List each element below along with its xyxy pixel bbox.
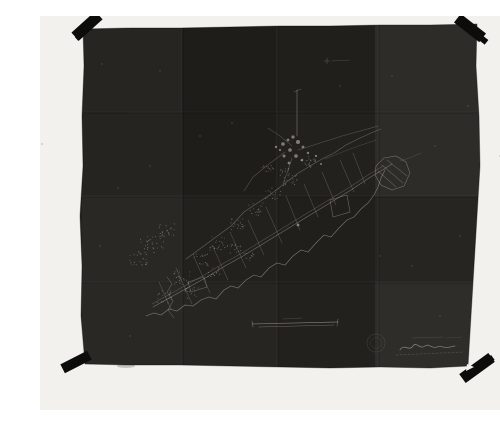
vegetation-stipple <box>153 247 154 248</box>
vegetation-stipple <box>134 264 135 265</box>
vegetation-stipple <box>142 264 143 265</box>
vegetation-stipple <box>194 287 195 288</box>
vegetation-stipple <box>246 258 247 259</box>
vegetation-stipple <box>274 199 275 200</box>
vegetation-stipple <box>230 252 231 253</box>
vegetation-stipple <box>162 232 163 233</box>
vegetation-stipple <box>159 225 160 226</box>
vegetation-stipple <box>140 261 141 262</box>
vegetation-stipple <box>270 170 271 171</box>
vegetation-stipple <box>200 256 201 257</box>
fold-panel <box>375 196 480 282</box>
vegetation-stipple <box>205 254 206 255</box>
vegetation-stipple <box>209 247 210 248</box>
vegetation-stipple <box>183 278 184 279</box>
vegetation-stipple <box>233 226 234 227</box>
vegetation-stipple <box>147 249 148 250</box>
vegetation-stipple <box>213 246 214 247</box>
vegetation-stipple <box>237 228 238 229</box>
vegetation-stipple <box>271 165 272 166</box>
vegetation-stipple <box>242 219 243 220</box>
vegetation-stipple <box>187 291 188 292</box>
vegetation-stipple <box>309 163 310 164</box>
vegetation-stipple <box>160 224 161 225</box>
vegetation-stipple <box>281 169 282 170</box>
vegetation-stipple <box>191 293 192 294</box>
vegetation-stipple <box>238 225 239 226</box>
vegetation-stipple <box>162 290 163 291</box>
vegetation-stipple <box>238 220 239 221</box>
photo-speck <box>117 187 118 188</box>
vegetation-stipple <box>253 254 254 255</box>
vegetation-stipple <box>176 282 177 283</box>
vegetation-stipple <box>259 211 260 212</box>
fold-panel <box>277 24 375 112</box>
vegetation-stipple <box>296 175 297 176</box>
vegetation-stipple <box>144 248 145 249</box>
vegetation-stipple <box>208 272 209 273</box>
vegetation-stipple <box>268 190 269 191</box>
vegetation-stipple <box>152 244 153 245</box>
vegetation-stipple <box>168 232 169 233</box>
vegetation-stipple <box>169 294 170 295</box>
vegetation-stipple <box>262 206 263 207</box>
settlement-dot <box>288 148 292 152</box>
vegetation-stipple <box>241 226 242 227</box>
vegetation-stipple <box>240 245 241 246</box>
vegetation-stipple <box>145 264 146 265</box>
vegetation-stipple <box>166 299 167 300</box>
photo-speck <box>339 85 340 86</box>
vegetation-stipple <box>159 227 160 228</box>
vegetation-stipple <box>221 241 222 242</box>
vegetation-stipple <box>163 301 164 302</box>
vegetation-stipple <box>166 225 167 226</box>
vegetation-stipple <box>289 180 290 181</box>
vegetation-stipple <box>260 206 261 207</box>
vegetation-stipple <box>268 166 269 167</box>
vegetation-stipple <box>179 272 180 273</box>
vegetation-stipple <box>180 278 181 279</box>
settlement-dot <box>296 140 300 144</box>
vegetation-stipple <box>194 256 195 257</box>
vegetation-stipple <box>147 236 148 237</box>
vegetation-stipple <box>167 230 168 231</box>
vegetation-stipple <box>210 246 211 247</box>
vegetation-stipple <box>136 264 137 265</box>
vegetation-stipple <box>251 213 252 214</box>
settlement-dot <box>315 155 317 157</box>
vegetation-stipple <box>161 235 162 236</box>
vegetation-stipple <box>185 289 186 290</box>
vegetation-stipple <box>242 224 243 225</box>
vegetation-stipple <box>205 262 206 263</box>
vegetation-stipple <box>145 259 146 260</box>
vegetation-stipple <box>169 294 170 295</box>
vegetation-stipple <box>251 255 252 256</box>
vegetation-stipple <box>250 210 251 211</box>
vegetation-stipple <box>203 263 204 264</box>
vegetation-stipple <box>159 293 160 294</box>
vegetation-stipple <box>242 226 243 227</box>
vegetation-stipple <box>289 173 290 174</box>
vegetation-stipple <box>206 263 207 264</box>
vegetation-stipple <box>288 169 289 170</box>
vegetation-stipple <box>272 198 273 199</box>
vegetation-stipple <box>131 264 132 265</box>
vegetation-stipple <box>157 298 158 299</box>
settlement-dot <box>287 139 290 142</box>
vegetation-stipple <box>165 293 166 294</box>
vegetation-stipple <box>157 248 158 249</box>
vegetation-stipple <box>223 245 224 246</box>
vegetation-stipple <box>273 168 274 169</box>
vegetation-stipple <box>179 283 180 284</box>
vegetation-stipple <box>176 277 177 278</box>
vegetation-stipple <box>234 249 235 250</box>
vegetation-stipple <box>160 233 161 234</box>
vegetation-stipple <box>266 171 267 172</box>
settlement-dot <box>307 152 309 154</box>
vegetation-stipple <box>273 194 274 195</box>
vegetation-stipple <box>257 209 258 210</box>
fold-panel <box>277 196 375 282</box>
photo-speck <box>99 245 100 246</box>
vegetation-stipple <box>282 171 283 172</box>
photo-speck <box>101 63 102 64</box>
archival-map-photograph <box>40 16 500 410</box>
settlement-dot <box>302 146 305 149</box>
vegetation-stipple <box>267 197 268 198</box>
vegetation-stipple <box>221 237 222 238</box>
vegetation-stipple <box>275 192 276 193</box>
vegetation-stipple <box>170 290 171 291</box>
vegetation-stipple <box>208 276 209 277</box>
vegetation-stipple <box>242 228 243 229</box>
fold-panel <box>375 282 480 368</box>
vegetation-stipple <box>153 248 154 249</box>
vegetation-stipple <box>212 236 213 237</box>
vegetation-stipple <box>284 181 285 182</box>
background-speck <box>41 143 43 145</box>
vegetation-stipple <box>187 298 188 299</box>
photo-speck <box>439 315 440 316</box>
vegetation-stipple <box>157 302 158 303</box>
vegetation-stipple <box>159 236 160 237</box>
vegetation-stipple <box>210 276 211 277</box>
settlement-dot <box>279 149 281 151</box>
vegetation-stipple <box>220 249 221 250</box>
vegetation-stipple <box>147 244 148 245</box>
vegetation-stipple <box>252 253 253 254</box>
vegetation-stipple <box>219 245 220 246</box>
vegetation-stipple <box>207 264 208 265</box>
vegetation-stipple <box>208 265 209 266</box>
vegetation-stipple <box>217 248 218 249</box>
fold-panel <box>375 24 480 196</box>
vegetation-stipple <box>252 256 253 257</box>
vegetation-stipple <box>269 168 270 169</box>
vegetation-stipple <box>256 211 257 212</box>
vegetation-stipple <box>240 222 241 223</box>
vegetation-stipple <box>148 240 149 241</box>
vegetation-stipple <box>186 288 187 289</box>
vegetation-stipple <box>174 273 175 274</box>
vegetation-stipple <box>146 254 147 255</box>
vegetation-stipple <box>256 214 257 215</box>
vegetation-stipple <box>236 252 237 253</box>
vegetation-stipple <box>200 264 201 265</box>
vegetation-stipple <box>296 179 297 180</box>
vegetation-stipple <box>186 280 187 281</box>
vegetation-stipple <box>258 209 259 210</box>
vegetation-stipple <box>270 191 271 192</box>
vegetation-stipple <box>286 180 287 181</box>
vegetation-stipple <box>235 245 236 246</box>
vegetation-stipple <box>162 231 163 232</box>
vegetation-stipple <box>308 158 309 159</box>
vegetation-stipple <box>259 212 260 213</box>
vegetation-stipple <box>183 279 184 280</box>
vegetation-stipple <box>265 198 266 199</box>
vegetation-stipple <box>162 234 163 235</box>
fold-panel <box>82 112 182 196</box>
vegetation-stipple <box>315 161 316 162</box>
vegetation-stipple <box>244 253 245 254</box>
vegetation-stipple <box>218 271 219 272</box>
vegetation-stipple <box>214 275 215 276</box>
vegetation-stipple <box>190 290 191 291</box>
vegetation-stipple <box>137 255 138 256</box>
vegetation-stipple <box>167 302 168 303</box>
fold-panel <box>82 24 182 112</box>
vegetation-stipple <box>307 160 308 161</box>
vegetation-stipple <box>196 253 197 254</box>
settlement-dot <box>275 146 277 148</box>
fold-panel <box>182 282 277 368</box>
vegetation-stipple <box>268 168 269 169</box>
vegetation-stipple <box>258 215 259 216</box>
vegetation-stipple <box>310 160 311 161</box>
vegetation-stipple <box>147 241 148 242</box>
vegetation-stipple <box>133 254 134 255</box>
vegetation-stipple <box>212 273 213 274</box>
vegetation-stipple <box>163 236 164 237</box>
photo-speck <box>231 122 232 123</box>
vegetation-stipple <box>153 252 154 253</box>
settlement-dot <box>283 155 286 158</box>
vegetation-stipple <box>262 203 263 204</box>
vegetation-stipple <box>240 250 241 251</box>
vegetation-stipple <box>194 294 195 295</box>
vegetation-stipple <box>218 267 219 268</box>
vegetation-stipple <box>292 179 293 180</box>
vegetation-stipple <box>157 294 158 295</box>
photo-speck <box>411 265 412 266</box>
vegetation-stipple <box>231 219 232 220</box>
vegetation-stipple <box>160 238 161 239</box>
vegetation-stipple <box>162 247 163 248</box>
vegetation-stipple <box>138 252 139 253</box>
vegetation-stipple <box>146 241 147 242</box>
vegetation-stipple <box>237 246 238 247</box>
vegetation-stipple <box>198 288 199 289</box>
vegetation-stipple <box>250 257 251 258</box>
vegetation-stipple <box>171 228 172 229</box>
vegetation-stipple <box>201 255 202 256</box>
settlement-dot <box>281 142 285 146</box>
vegetation-stipple <box>196 256 197 257</box>
vegetation-stipple <box>174 229 175 230</box>
vegetation-stipple <box>147 262 148 263</box>
vegetation-stipple <box>231 244 232 245</box>
vegetation-stipple <box>224 247 225 248</box>
vegetation-stipple <box>147 247 148 248</box>
vegetation-stipple <box>145 245 146 246</box>
vegetation-stipple <box>227 245 228 246</box>
photo-speck <box>129 335 130 336</box>
vegetation-stipple <box>163 241 164 242</box>
vegetation-stipple <box>187 282 188 283</box>
vegetation-stipple <box>293 181 294 182</box>
vegetation-stipple <box>129 260 130 261</box>
vegetation-stipple <box>237 224 238 225</box>
vegetation-stipple <box>222 242 223 243</box>
photo-speck <box>391 75 392 76</box>
vegetation-stipple <box>230 222 231 223</box>
vegetation-stipple <box>175 271 176 272</box>
vegetation-stipple <box>162 295 163 296</box>
vegetation-stipple <box>295 176 296 177</box>
vegetation-stipple <box>243 225 244 226</box>
vegetation-stipple <box>308 164 309 165</box>
vegetation-stipple <box>170 292 171 293</box>
settlement-dot <box>294 154 298 158</box>
vegetation-stipple <box>185 291 186 292</box>
vegetation-stipple <box>269 195 270 196</box>
vegetation-stipple <box>214 248 215 249</box>
vegetation-stipple <box>282 172 283 173</box>
vegetation-stipple <box>266 166 267 167</box>
vegetation-stipple <box>258 211 259 212</box>
vegetation-stipple <box>274 197 275 198</box>
vegetation-stipple <box>130 262 131 263</box>
vegetation-stipple <box>155 236 156 237</box>
vegetation-stipple <box>275 194 276 195</box>
vegetation-stipple <box>292 183 293 184</box>
settlement-dot <box>288 162 291 165</box>
map-photo-canvas <box>40 16 500 410</box>
vegetation-stipple <box>138 251 139 252</box>
vegetation-stipple <box>252 203 253 204</box>
settlement-dot <box>291 135 294 138</box>
vegetation-stipple <box>173 235 174 236</box>
vegetation-stipple <box>218 268 219 269</box>
vegetation-stipple <box>204 255 205 256</box>
photo-speck <box>159 70 160 71</box>
vegetation-stipple <box>278 188 279 189</box>
vegetation-stipple <box>306 165 307 166</box>
vegetation-stipple <box>178 276 179 277</box>
vegetation-stipple <box>296 180 297 181</box>
vegetation-stipple <box>246 253 247 254</box>
vegetation-stipple <box>279 194 280 195</box>
vegetation-stipple <box>284 177 285 178</box>
settlement-dot <box>301 159 304 162</box>
vegetation-stipple <box>280 175 281 176</box>
vegetation-stipple <box>150 239 151 240</box>
vegetation-stipple <box>262 167 263 168</box>
vegetation-stipple <box>206 265 207 266</box>
vegetation-stipple <box>315 159 316 160</box>
vegetation-stipple <box>213 274 214 275</box>
vegetation-stipple <box>189 271 190 272</box>
photo-speck <box>149 165 150 166</box>
vegetation-stipple <box>171 299 172 300</box>
vegetation-stipple <box>272 167 273 168</box>
vegetation-stipple <box>169 234 170 235</box>
vegetation-stipple <box>218 247 219 248</box>
vegetation-stipple <box>285 183 286 184</box>
vegetation-stipple <box>145 252 146 253</box>
vegetation-stipple <box>140 253 141 254</box>
vegetation-stipple <box>219 274 220 275</box>
vegetation-stipple <box>288 175 289 176</box>
vegetation-stipple <box>130 255 131 256</box>
vegetation-stipple <box>188 281 189 282</box>
vegetation-stipple <box>292 175 293 176</box>
vegetation-stipple <box>268 171 269 172</box>
fold-panel <box>182 24 277 196</box>
vegetation-stipple <box>219 241 220 242</box>
vegetation-stipple <box>280 191 281 192</box>
vegetation-stipple <box>310 165 311 166</box>
settlement-dot <box>297 224 300 227</box>
vegetation-stipple <box>189 291 190 292</box>
vegetation-stipple <box>240 228 241 229</box>
vegetation-stipple <box>253 208 254 209</box>
vegetation-stipple <box>294 184 295 185</box>
vegetation-stipple <box>193 254 194 255</box>
vegetation-stipple <box>232 244 233 245</box>
vegetation-stipple <box>285 168 286 169</box>
vegetation-stipple <box>275 190 276 191</box>
vegetation-stipple <box>207 254 208 255</box>
vegetation-stipple <box>310 167 311 168</box>
vegetation-stipple <box>277 198 278 199</box>
vegetation-stipple <box>248 205 249 206</box>
vegetation-stipple <box>304 162 305 163</box>
vegetation-stipple <box>199 263 200 264</box>
vegetation-stipple <box>238 251 239 252</box>
vegetation-stipple <box>231 229 232 230</box>
vegetation-stipple <box>161 301 162 302</box>
vegetation-stipple <box>308 156 309 157</box>
vegetation-stipple <box>182 284 183 285</box>
vegetation-stipple <box>305 164 306 165</box>
settlement-dot <box>320 163 322 165</box>
vegetation-stipple <box>236 248 237 249</box>
vegetation-stipple <box>288 170 289 171</box>
vegetation-stipple <box>283 185 284 186</box>
vegetation-stipple <box>196 296 197 297</box>
vegetation-stipple <box>291 182 292 183</box>
photo-speck <box>434 145 435 146</box>
fold-panel <box>82 196 182 366</box>
vegetation-stipple <box>231 246 232 247</box>
vegetation-stipple <box>187 287 188 288</box>
vegetation-stipple <box>313 159 314 160</box>
